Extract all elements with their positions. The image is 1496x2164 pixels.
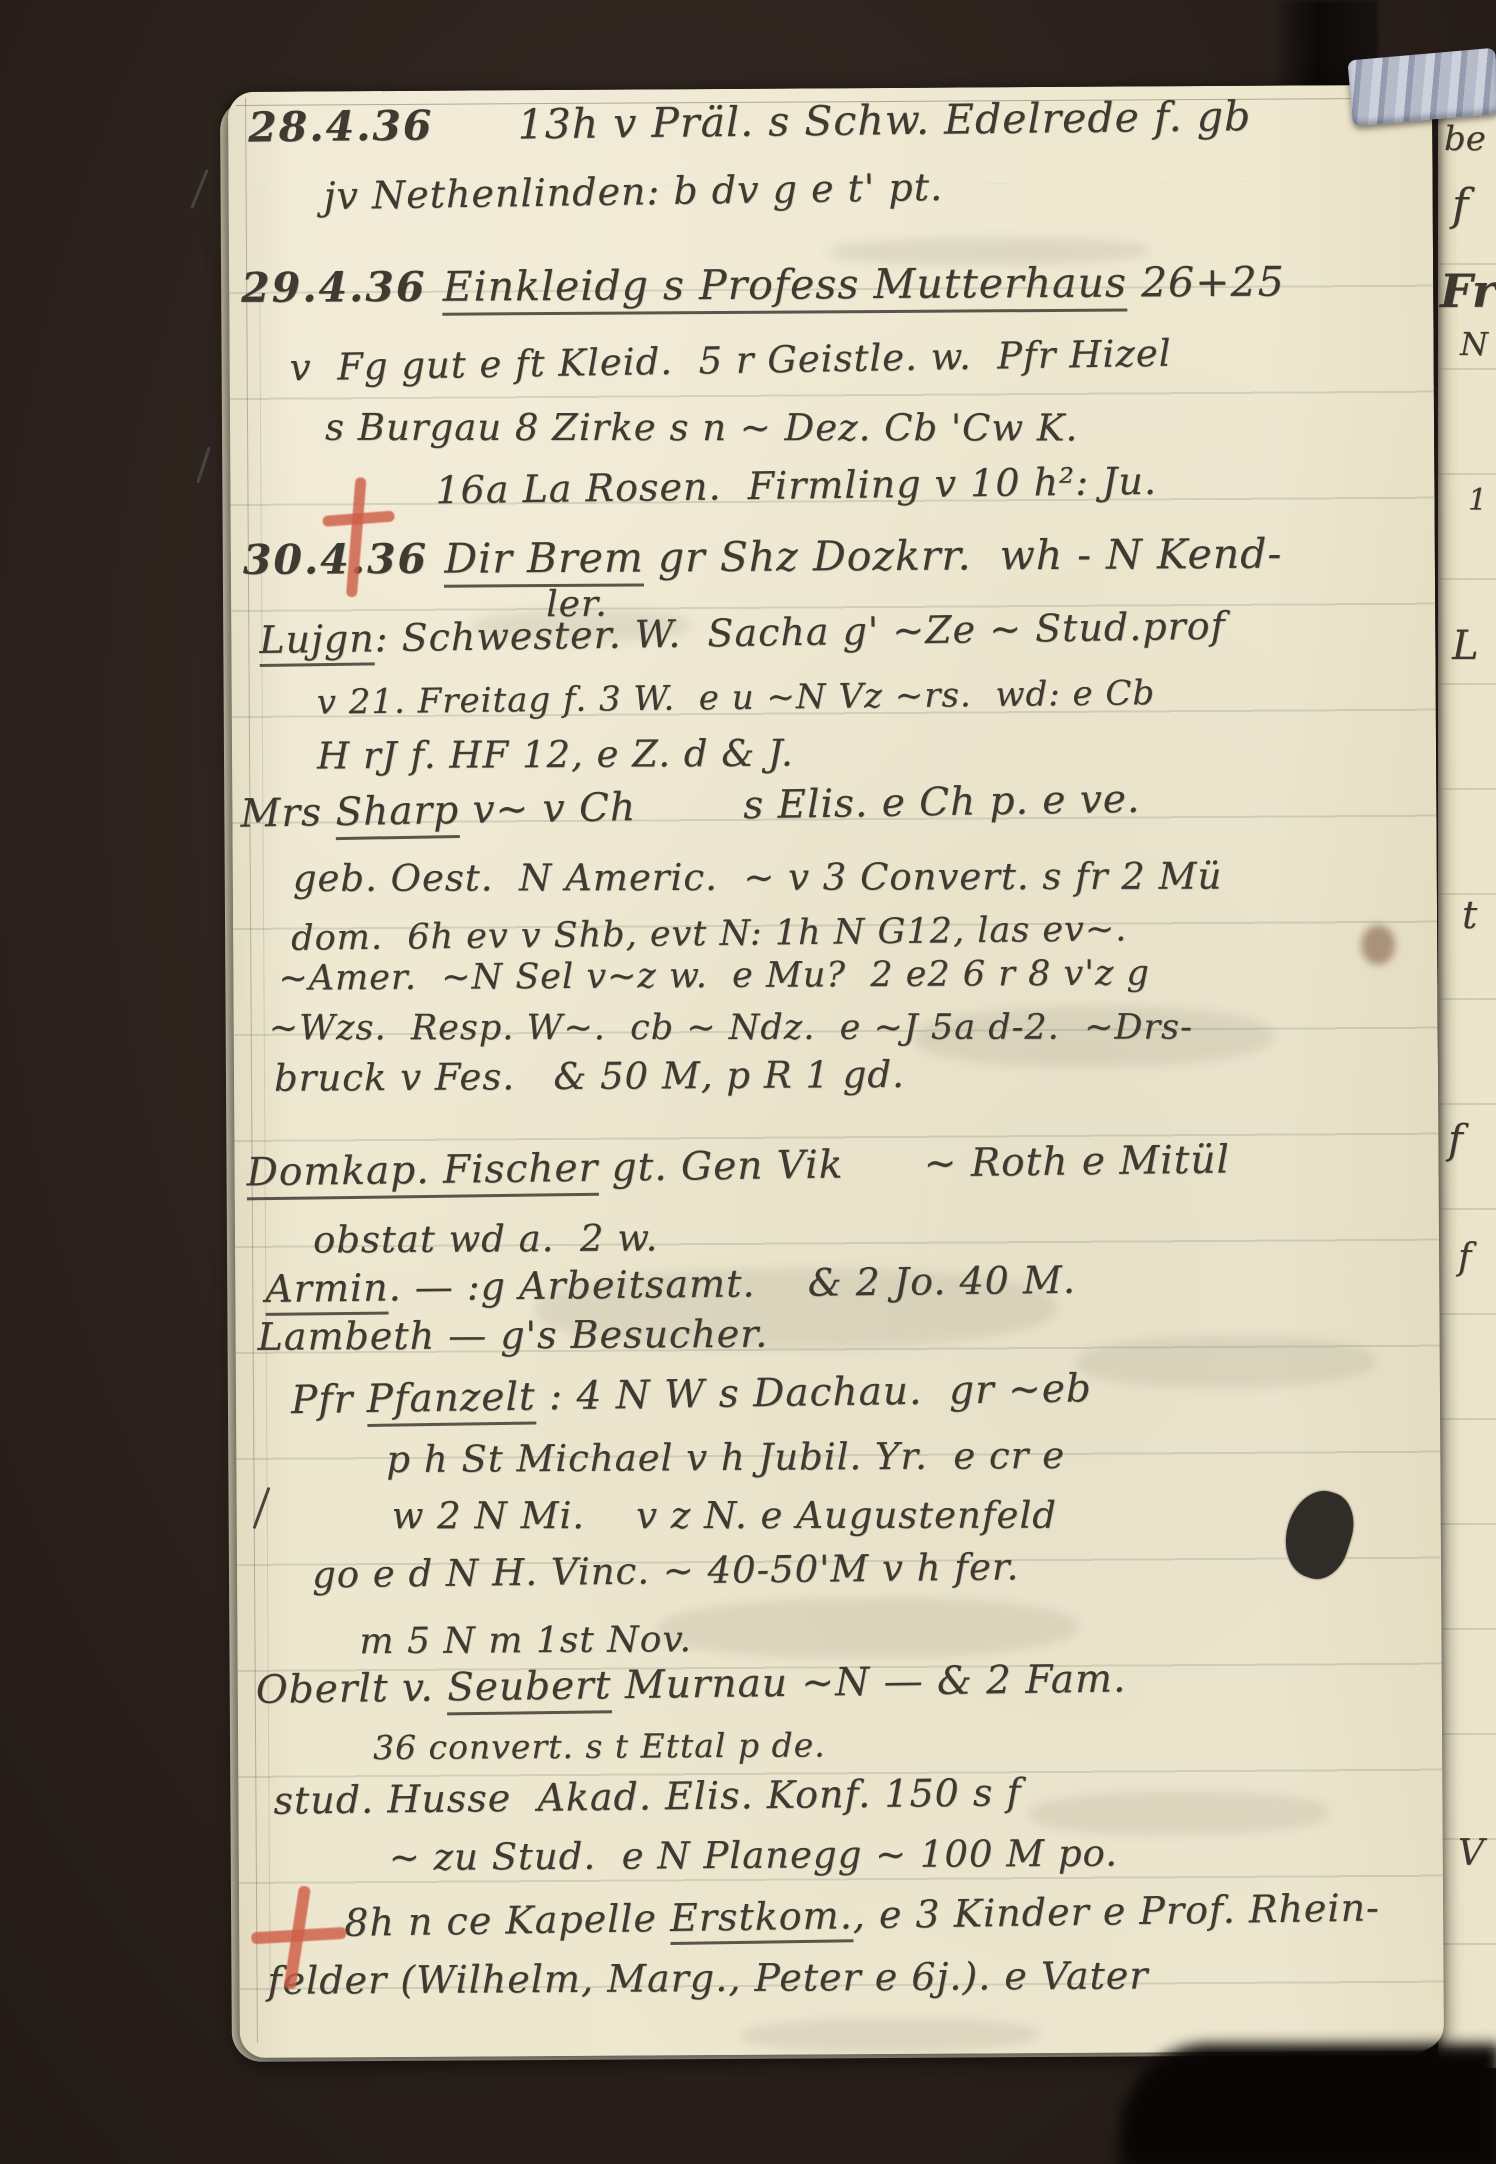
- sliver-text-fragment: be: [1444, 122, 1486, 156]
- entry-line-stud-husse: stud. Husse Akad. Elis. Konf. 150 s f: [273, 1773, 1022, 1819]
- entry-line: Lujgn: Schwester. W. Sacha g' ~Ze ~ Stud…: [259, 607, 1226, 659]
- entry-line-kapelle-erstkom: 8h n ce Kapelle Erstkom., e 3 Kinder e P…: [344, 1888, 1380, 1941]
- entry-line-armin: Armin. — :g Arbeitsamt. & 2 Jo. 40 M.: [265, 1261, 1076, 1308]
- entry-line: obstat wd a. 2 w.: [313, 1219, 659, 1258]
- ink-bleedthrough: [657, 1597, 1077, 1660]
- sliver-text-fragment: V: [1458, 1836, 1484, 1872]
- entry-line: ~Amer. ~N Sel v~z w. e Mu? 2 e2 6 r 8 v'…: [278, 956, 1150, 996]
- ink-blot: [1275, 1483, 1363, 1586]
- ink-bleedthrough: [1028, 1790, 1328, 1836]
- entry-line: go e d N H. Vinc. ~ 40-50'M v h fer.: [312, 1548, 1020, 1593]
- page-edge-line: [245, 98, 258, 2043]
- entry-line-mrs-sharp: Mrs Sharp v~ v Ch s Elis. e Ch p. e ve.: [240, 780, 1141, 834]
- diary-page: 28.4.36 13h v Präl. s Schw. Edelrede f. …: [228, 85, 1444, 2058]
- entry-line: p h St Michael v h Jubil. Yr. e cr e: [386, 1437, 1065, 1478]
- binding-shadow-bottom: [1120, 2044, 1496, 2164]
- entry-line: v 21. Freitag f. 3 W. e u ~N Vz ~rs. wd:…: [317, 676, 1156, 720]
- entry-line: H rJ f. HF 12, e Z. d & J.: [317, 735, 794, 775]
- entry-line-date-29-4-36: 29.4.36 Einkleidg s Profess Mutterhaus 2…: [241, 262, 1285, 309]
- entry-line: s Burgau 8 Zirke s n ~ Dez. Cb 'Cw K.: [325, 409, 1078, 447]
- sliver-text-fragment: 1: [1468, 486, 1487, 516]
- sliver-text-fragment: f: [1458, 1240, 1471, 1276]
- entry-line: dom. 6h ev v Shb, evt N: 1h N G12, las e…: [291, 912, 1127, 956]
- ruled-lines: [1438, 160, 1496, 2058]
- entry-line: ~ zu Stud. e N Planegg ~ 100 M po.: [389, 1835, 1118, 1876]
- margin-tick: [190, 169, 209, 209]
- brown-smudge: [1361, 925, 1395, 965]
- entry-line: felder (Wilhelm, Marg., Peter e 6j.). e …: [267, 1956, 1148, 1999]
- margin-tick: [196, 446, 211, 483]
- photographed-notebook-scene: be f Fr N 1 L t f f V 28.4.36 13h v Präl…: [0, 0, 1496, 2164]
- entry-line: 16a La Rosen. Firmling v 10 h²: Ju.: [435, 462, 1157, 509]
- entry-line: ~Wzs. Resp. W~. cb ~ Ndz. e ~J 5a d-2. ~…: [269, 1011, 1193, 1047]
- entry-line-seubert: Oberlt v. Seubert Murnau ~N — & 2 Fam.: [256, 1660, 1127, 1710]
- sliver-text-fragment: Fr: [1440, 268, 1496, 314]
- ink-bleedthrough: [740, 2017, 1040, 2053]
- sliver-text-fragment: L: [1452, 626, 1479, 666]
- entry-line: bruck v Fes. & 50 M, p R 1 gd.: [274, 1056, 905, 1097]
- entry-line: geb. Oest. N Americ. ~ v 3 Convert. s fr…: [293, 858, 1223, 897]
- sliver-text-fragment: t: [1462, 896, 1477, 934]
- ink-bleedthrough: [1076, 1335, 1376, 1389]
- sliver-text-fragment: f: [1452, 184, 1468, 228]
- sliver-text-fragment: f: [1448, 1120, 1463, 1160]
- ruled-lines: [229, 181, 1444, 2048]
- entry-line-domkap-fischer: Domkap. Fischer gt. Gen Vik ~ Roth e Mit…: [246, 1140, 1230, 1192]
- entry-line: 36 convert. s t Ettal p de.: [373, 1728, 826, 1764]
- entry-line-lambeth: Lambeth — g's Besucher.: [257, 1315, 768, 1356]
- entry-line-date-30-4-36: 30.4.36 Dir Brem gr Shz Dozkrr. wh - N K…: [243, 534, 1283, 581]
- entry-line: m 5 N m 1st Nov.: [359, 1622, 692, 1660]
- facing-page-sliver: [1438, 100, 1496, 2068]
- entry-line: jv Nethenlinden: b dv g e t' pt.: [323, 168, 943, 215]
- page-clip: [1347, 48, 1496, 127]
- sliver-text-fragment: N: [1460, 328, 1488, 360]
- entry-line-date-28-4-36: 28.4.36 13h v Präl. s Schw. Edelrede f. …: [248, 96, 1251, 148]
- entry-line: w 2 N Mi. v z N. e Augustenfeld: [392, 1497, 1057, 1535]
- entry-line: v Fg gut e ft Kleid. 5 r Geistle. w. Pfr…: [289, 335, 1171, 387]
- entry-line-pfanzelt: Pfr Pfanzelt : 4 N W s Dachau. gr ~eb: [291, 1369, 1092, 1420]
